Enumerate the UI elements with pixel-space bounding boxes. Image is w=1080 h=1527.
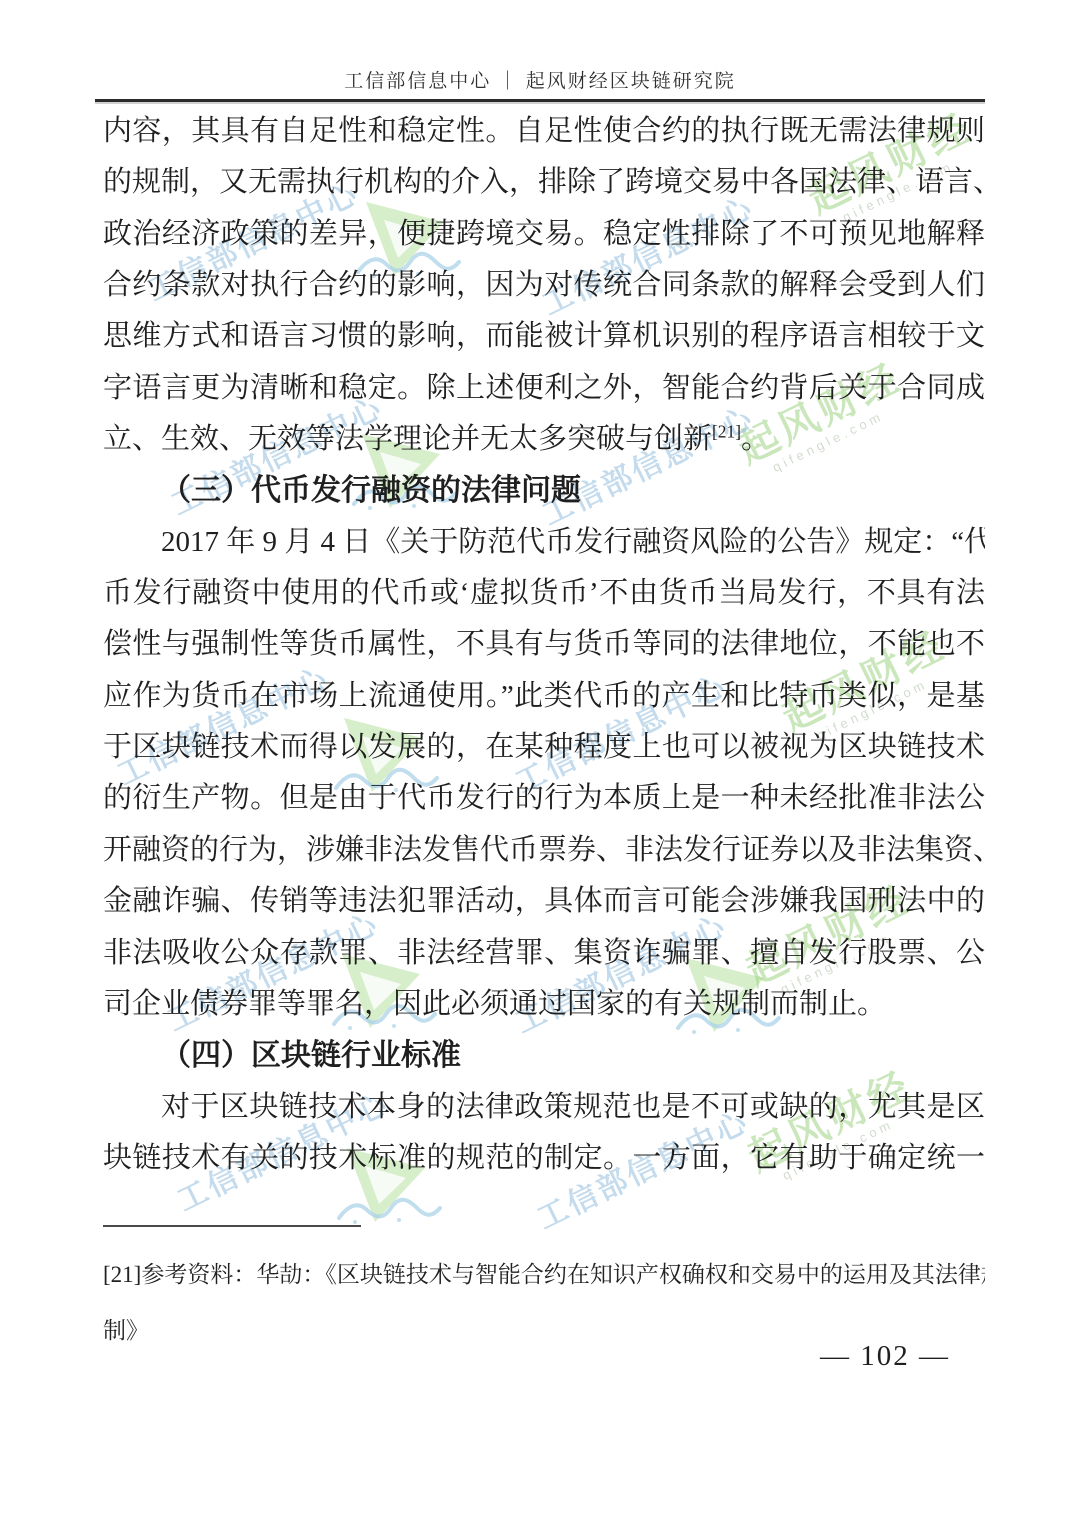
body-line: 立、生效、无效等法学理论并无太多突破与创新[21]。	[103, 414, 985, 465]
body-line: 金融诈骗、传销等违法犯罪活动，具体而言可能会涉嫌我国刑法中的	[103, 876, 985, 927]
text-segment: 于区块链技术而得以发展的，在某种程度上也可以被视为区块链技术	[103, 731, 985, 763]
header-rule	[95, 99, 985, 102]
body-line: 思维方式和语言习惯的影响，而能被计算机识别的程序语言相较于文	[103, 311, 985, 362]
text-segment: 币发行融资中使用的代币或‘虚拟货币’不由货币当局发行，不具有法	[103, 577, 985, 609]
body-line: 应作为货币在市场上流通使用。”此类代币的产生和比特币类似，是基	[103, 671, 985, 722]
text-segment: 块链技术有关的技术标准的规范的制定。一方面，它有助于确定统一	[103, 1142, 985, 1174]
body-line: 政治经济政策的差异，便捷跨境交易。稳定性排除了不可预见地解释	[103, 209, 985, 260]
text-segment: 合约条款对执行合约的影响，因为对传统合同条款的解释会受到人们	[103, 269, 985, 301]
text-segment: 2017 年 9 月 4 日《关于防范代币发行融资风险的公告》规定：“代	[161, 526, 985, 558]
text-segment: 。	[741, 423, 770, 455]
body-line: 字语言更为清晰和稳定。除上述便利之外，智能合约背后关于合同成	[103, 363, 985, 414]
body-heading: （三）代币发行融资的法律问题	[103, 465, 985, 516]
text-segment: 内容，其具有自足性和稳定性。自足性使合约的执行既无需法律规则	[103, 115, 985, 147]
text-segment: 金融诈骗、传销等违法犯罪活动，具体而言可能会涉嫌我国刑法中的	[103, 885, 985, 917]
footnote-line: [21]参考资料：华劼：《区块链技术与智能合约在知识产权确权和交易中的运用及其法…	[103, 1247, 985, 1303]
body-line: 块链技术有关的技术标准的规范的制定。一方面，它有助于确定统一	[103, 1133, 985, 1184]
body-line: 对于区块链技术本身的法律政策规范也是不可或缺的，尤其是区	[103, 1082, 985, 1133]
text-segment: 制》	[103, 1318, 149, 1343]
body-line: 非法吸收公众存款罪、非法经营罪、集资诈骗罪、擅自发行股票、公	[103, 928, 985, 979]
header-title: 工信部信息中心 ｜ 起风财经区块链研究院	[344, 71, 736, 92]
text-segment: 应作为货币在市场上流通使用。”此类代币的产生和比特币类似，是基	[103, 680, 985, 712]
text-segment: （三）代币发行融资的法律问题	[161, 474, 581, 507]
text-segment: 政治经济政策的差异，便捷跨境交易。稳定性排除了不可预见地解释	[103, 218, 985, 250]
body-line: 于区块链技术而得以发展的，在某种程度上也可以被视为区块链技术	[103, 722, 985, 773]
document-body: 内容，其具有自足性和稳定性。自足性使合约的执行既无需法律规则的规制，又无需执行机…	[103, 106, 985, 1184]
text-segment: （四）区块链行业标准	[161, 1039, 461, 1072]
body-line: 开融资的行为，涉嫌非法发售代币票券、非法发行证券以及非法集资、	[103, 825, 985, 876]
body-heading: （四）区块链行业标准	[103, 1030, 985, 1081]
text-segment: 对于区块链技术本身的法律政策规范也是不可或缺的，尤其是区	[161, 1091, 985, 1123]
body-line: 司企业债券罪等罪名，因此必须通过国家的有关规制而制止。	[103, 979, 985, 1030]
body-line: 的规制，又无需执行机构的介入，排除了跨境交易中各国法律、语言、	[103, 157, 985, 208]
body-line: 偿性与强制性等货币属性，不具有与货币等同的法律地位，不能也不	[103, 619, 985, 670]
body-line: 2017 年 9 月 4 日《关于防范代币发行融资风险的公告》规定：“代	[103, 517, 985, 568]
text-segment: 偿性与强制性等货币属性，不具有与货币等同的法律地位，不能也不	[103, 628, 985, 660]
footnote-reference: [21]	[712, 421, 741, 441]
text-segment: 字语言更为清晰和稳定。除上述便利之外，智能合约背后关于合同成	[103, 372, 985, 404]
text-segment: 立、生效、无效等法学理论并无太多突破与创新	[103, 423, 712, 455]
body-line: 内容，其具有自足性和稳定性。自足性使合约的执行既无需法律规则	[103, 106, 985, 157]
page-header: 工信部信息中心 ｜ 起风财经区块链研究院	[95, 66, 985, 93]
body-line: 的衍生产物。但是由于代币发行的行为本质上是一种未经批准非法公	[103, 773, 985, 824]
body-line: 币发行融资中使用的代币或‘虚拟货币’不由货币当局发行，不具有法	[103, 568, 985, 619]
footnote-rule	[103, 1225, 361, 1227]
text-segment: 思维方式和语言习惯的影响，而能被计算机识别的程序语言相较于文	[103, 320, 985, 352]
document-page: 起风财经qifengle.com起风财经qifengle.com起风财经qife…	[0, 0, 1080, 1527]
text-segment: 的规制，又无需执行机构的介入，排除了跨境交易中各国法律、语言、	[103, 166, 985, 198]
text-segment: 非法吸收公众存款罪、非法经营罪、集资诈骗罪、擅自发行股票、公	[103, 937, 985, 969]
body-line: 合约条款对执行合约的影响，因为对传统合同条款的解释会受到人们	[103, 260, 985, 311]
text-segment: 司企业债券罪等罪名，因此必须通过国家的有关规制而制止。	[103, 988, 886, 1020]
text-segment: [21]参考资料：华劼：《区块链技术与智能合约在知识产权确权和交易中的运用及其法…	[103, 1262, 985, 1287]
page-number: — 102 —	[820, 1340, 950, 1373]
text-segment: 的衍生产物。但是由于代币发行的行为本质上是一种未经批准非法公	[103, 782, 985, 814]
text-segment: 开融资的行为，涉嫌非法发售代币票券、非法发行证券以及非法集资、	[103, 834, 985, 866]
